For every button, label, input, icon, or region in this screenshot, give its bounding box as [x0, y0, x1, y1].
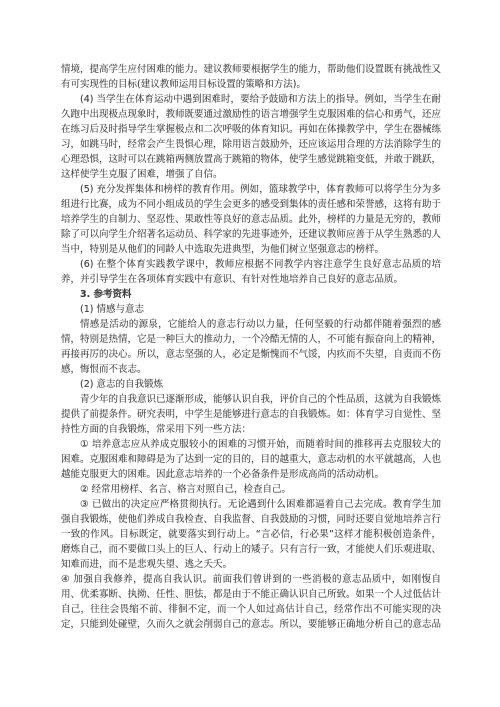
paragraph: ④ 加强自我修养，提高自我认识。前面我们曾讲到的一些消极的意志品质中，如刚愎自用…	[61, 572, 441, 632]
paragraph: 情境，提高学生应付困难的能力。建议教师要根据学生的能力，帮助他们设置既有挑战性又…	[61, 62, 441, 92]
paragraph: 情感是活动的源泉，它能给人的意志行动以力量，任何坚毅的行动都伴随着强烈的感情，特…	[61, 317, 441, 377]
paragraph: (5) 充分发挥集体和榜样的教育作用。例如，篮球教学中，体育教师可以将学生分为多…	[61, 182, 441, 257]
paragraph: 青少年的自我意识已逐渐形成，能够认识自我，评价自己的个性品质，这就为自我锻炼提供…	[61, 392, 441, 437]
text-block: 情境，提高学生应付困难的能力。建议教师要根据学生的能力，帮助他们设置既有挑战性又…	[61, 62, 441, 632]
paragraph: (4) 当学生在体育运动中遇到困难时，要给予鼓励和方法上的指导。例如，当学生在耐…	[61, 92, 441, 182]
paragraph: ① 培养意志应从养成克服较小的困难的习惯开始，而随着时间的推移再去克服较大的困难…	[61, 437, 441, 482]
paragraph: ② 经常用榜样、名言、格言对照自己，检查自己。	[61, 482, 441, 497]
document-page: 情境，提高学生应付困难的能力。建议教师要根据学生的能力，帮助他们设置既有挑战性又…	[0, 0, 500, 707]
paragraph: ③ 已做出的决定应严格贯彻执行。无论遇到什么困难都逼着自己去完成。教育学生加强自…	[61, 497, 441, 572]
paragraph: (2) 意志的自我锻炼	[61, 377, 441, 392]
paragraph: (6) 在整个体育实践教学课中，教师应根据不同教学内容注意学生良好意志品质的培养…	[61, 257, 441, 287]
paragraph: 3. 参考资料	[61, 287, 441, 302]
paragraph: (1) 情感与意志	[61, 302, 441, 317]
